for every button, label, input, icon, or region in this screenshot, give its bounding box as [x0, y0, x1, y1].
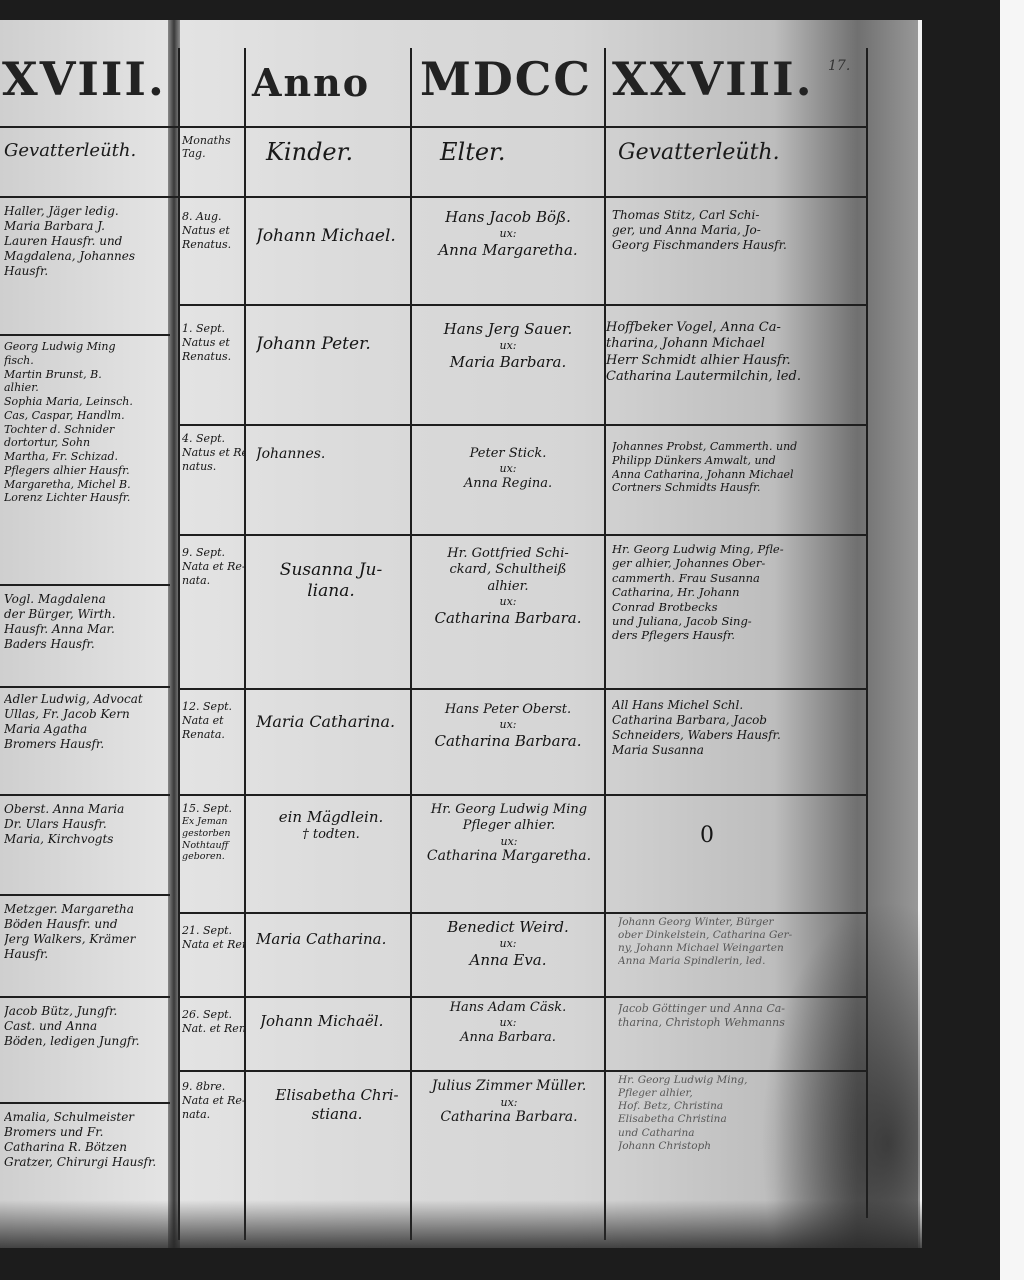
- rule-h-left-3: [0, 686, 170, 688]
- prev-page-block: Adler Ludwig, Advocat Ullas, Fr. Jacob K…: [4, 692, 168, 792]
- year-heading-left-fragment: XVIII.: [2, 52, 166, 106]
- rule-h-header: [0, 196, 868, 198]
- prev-page-block: Metzger. Margaretha Böden Hausfr. und Je…: [4, 902, 168, 994]
- entry-sponsors: All Hans Michel Schl. Catharina Barbara,…: [612, 698, 864, 758]
- entry-parents: Julius Zimmer Müller. ux: Catharina Barb…: [414, 1078, 604, 1127]
- entry-parents: Hans Jacob Böß. ux: Anna Margaretha.: [414, 208, 602, 259]
- entry-date: 1. Sept. Natus et Renatus.: [182, 322, 244, 422]
- rule-v-sponsors-left: [604, 48, 606, 1240]
- entry-child: Elisabetha Chri- stiana.: [262, 1086, 412, 1124]
- entry-date: 8. Aug. Natus et Renatus.: [182, 210, 244, 302]
- entry-date: 21. Sept. Nata et Ren.: [182, 924, 244, 994]
- entry-parents: Hans Jerg Sauer. ux: Maria Barbara.: [414, 320, 602, 371]
- prev-page-block: Oberst. Anna Maria Dr. Ulars Hausfr. Mar…: [4, 802, 168, 892]
- entry-child: Johann Peter.: [256, 334, 406, 355]
- entry-child: Susanna Ju- liana.: [256, 560, 406, 603]
- header-date: Monaths Tag.: [182, 134, 242, 160]
- entry-sponsors: 0: [700, 822, 740, 850]
- page-shadow: [760, 900, 920, 1248]
- entry-sponsors: Thomas Stitz, Carl Schi- ger, und Anna M…: [612, 208, 864, 253]
- entry-parents: Peter Stick. ux: Anna Regina.: [414, 446, 602, 492]
- header-sponsors: Gevatterleüth.: [618, 140, 780, 165]
- rule-h-row5: [180, 794, 868, 796]
- prev-page-block: Jacob Bütz, Jungfr. Cast. und Anna Böden…: [4, 1004, 168, 1100]
- entry-sponsors: Hoffbeker Vogel, Anna Ca- tharina, Johan…: [606, 320, 864, 385]
- prev-page-block: Vogl. Magdalena der Bürger, Wirth. Hausf…: [4, 592, 168, 684]
- header-children: Kinder.: [266, 138, 353, 166]
- header-parents: Elter.: [440, 138, 506, 166]
- entry-child: Johann Michael.: [256, 226, 406, 247]
- rule-h-left-7: [0, 1102, 170, 1104]
- rule-h-title: [0, 126, 868, 128]
- entry-date: 9. 8bre. Nata et Re- nata.: [182, 1080, 244, 1160]
- rule-h-left-5: [0, 894, 170, 896]
- entry-date: 9. Sept. Nata et Re- nata.: [182, 546, 244, 686]
- rule-h-left-4: [0, 794, 170, 796]
- prev-page-block: Georg Ludwig Ming fisch. Martin Brunst, …: [4, 340, 168, 582]
- entry-child: Johann Michaël.: [260, 1012, 410, 1031]
- year-heading-mdcc: MDCC: [420, 52, 592, 106]
- prev-page-block: Amalia, Schulmeister Bromers und Fr. Cat…: [4, 1110, 168, 1210]
- rule-h-left-2: [0, 584, 170, 586]
- rule-h-row4: [180, 688, 868, 690]
- entry-child: Maria Catharina.: [256, 930, 406, 949]
- year-heading-anno: Anno: [252, 60, 370, 105]
- folio-number: 17.: [828, 58, 850, 74]
- rule-h-row2: [180, 424, 868, 426]
- entry-date: 4. Sept. Natus et Re- natus.: [182, 432, 244, 532]
- entry-parents: Hans Peter Oberst. ux: Catharina Barbara…: [414, 702, 602, 751]
- entry-parents: Hr. Gottfried Schi- ckard, Schultheiß al…: [414, 546, 602, 627]
- page-shadow-bottom: [0, 1200, 922, 1248]
- prev-page-block: Haller, Jäger ledig. Maria Barbara J. La…: [4, 204, 168, 332]
- rule-h-row3: [180, 534, 868, 536]
- rule-v-date-left: [178, 48, 180, 1240]
- entry-parents: Benedict Weird. ux: Anna Eva.: [414, 918, 602, 969]
- rule-h-left-6: [0, 996, 170, 998]
- entry-sponsors: Hr. Georg Ludwig Ming, Pfle- ger alhier,…: [612, 542, 864, 686]
- rule-h-row1: [180, 304, 868, 306]
- entry-child: Maria Catharina.: [256, 712, 408, 732]
- entry-child: ein Mägdlein. † todten.: [256, 808, 406, 843]
- entry-date: 15. Sept. Ex Jeman gestorben Nothtauff g…: [182, 802, 244, 910]
- entry-parents: Hans Adam Cäsk. ux: Anna Barbara.: [414, 1000, 602, 1046]
- rule-v-parents-left: [410, 48, 412, 1240]
- rule-v-children-left: [244, 48, 246, 1240]
- year-heading-xxviii: XXVIII.: [612, 52, 814, 106]
- entry-date: 26. Sept. Nat. et Renat.: [182, 1008, 244, 1068]
- entry-sponsors: Johannes Probst, Cammerth. und Philipp D…: [612, 440, 864, 495]
- entry-date: 12. Sept. Nata et Renata.: [182, 700, 244, 792]
- rule-h-left-1: [0, 334, 170, 336]
- entry-parents: Hr. Georg Ludwig Ming Pfleger alhier. ux…: [414, 802, 604, 866]
- entry-child: Johannes.: [256, 446, 406, 464]
- header-prev-sponsors: Gevatterleüth.: [4, 140, 136, 161]
